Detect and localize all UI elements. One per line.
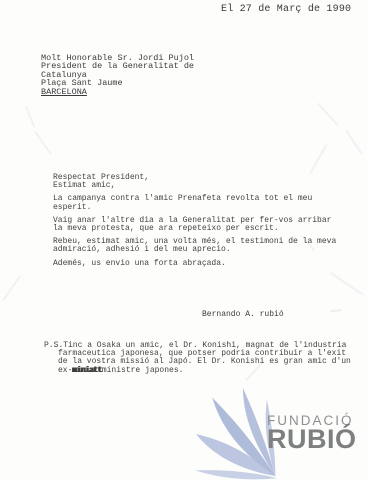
logo-rubio-text: RUBIÓ (267, 426, 357, 453)
scan-artifact (310, 145, 327, 174)
scan-artifact (330, 309, 342, 312)
fundacio-rubio-logo: FUNDACIÓ RUBIÓ (193, 388, 367, 480)
postscript: P.S.Tinc a Osaka un amic, el Dr. Konishi… (44, 342, 360, 375)
letter-body: Respectat President, Estimat amic, La ca… (53, 174, 355, 273)
signature-name: Bernando A. rubió (202, 310, 284, 319)
recipient-address-block: Molt Honorable Sr. Jordi Pujol President… (41, 54, 194, 96)
postscript-text-end: ministre japones. (102, 366, 184, 375)
logo-wordmark: FUNDACIÓ RUBIÓ (267, 414, 357, 453)
paragraph: Vaig anar l'altre dia a la Generalitat p… (53, 217, 355, 233)
scan-artifact (318, 103, 339, 126)
scan-artifact (26, 106, 35, 127)
scan-artifact (35, 131, 52, 155)
scan-artifact (330, 272, 364, 295)
scanned-letter-page: El 27 de Març de 1990 Molt Honorable Sr.… (0, 0, 367, 480)
scan-artifact (346, 130, 362, 154)
scan-artifact (3, 276, 21, 301)
overtyped-correction: miniatt (72, 366, 101, 375)
letter-date: El 27 de Març de 1990 (221, 4, 351, 15)
paragraph: Ademés, us envio una forta abraçada. (53, 260, 355, 268)
recipient-city: BARCELONA (41, 88, 87, 96)
salutation: Respectat President, Estimat amic, (53, 174, 355, 190)
paragraph: La campanya contra l'amic Prenafeta revo… (53, 195, 355, 211)
recipient-street: Plaça Sant Jaume (41, 79, 194, 87)
